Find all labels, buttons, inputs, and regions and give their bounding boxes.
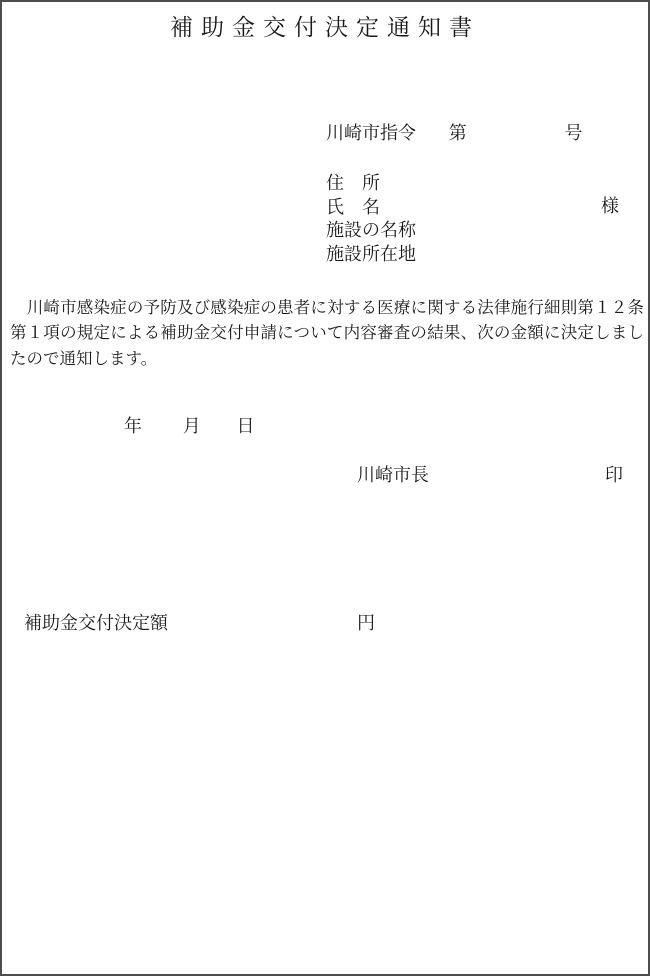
directive-number-line: 川崎市指令 第 号 (326, 123, 582, 145)
directive-number-prefix: 第 (449, 123, 467, 144)
document-title: 補助金交付決定通知書 (2, 15, 648, 43)
year-label: 年 (124, 416, 142, 437)
date-line: 年 月 日 (124, 416, 254, 438)
signer-title: 川崎市長 (357, 465, 429, 487)
recipient-block: 住 所 氏 名 施設の名称 施設所在地 (326, 172, 416, 266)
notification-body-paragraph: 川崎市感染症の予防及び感染症の患者に対する医療に関する法律施行細則第１２条第１項… (10, 295, 644, 371)
facility-address-label: 施設所在地 (326, 243, 416, 267)
recipient-name-label: 氏 名 (326, 196, 416, 220)
facility-name-label: 施設の名称 (326, 219, 416, 243)
directive-number-suffix: 号 (564, 123, 582, 144)
grant-amount-unit: 円 (357, 613, 375, 635)
directive-issuer: 川崎市指令 (326, 123, 416, 144)
document-page: 補助金交付決定通知書 川崎市指令 第 号 住 所 氏 名 施設の名称 施設所在地… (0, 0, 650, 976)
day-label: 日 (236, 416, 254, 437)
recipient-address-label: 住 所 (326, 172, 416, 196)
grant-amount-label: 補助金交付決定額 (24, 613, 168, 635)
seal-mark: 印 (605, 465, 623, 487)
month-label: 月 (183, 416, 201, 437)
recipient-honorific: 様 (601, 196, 619, 218)
